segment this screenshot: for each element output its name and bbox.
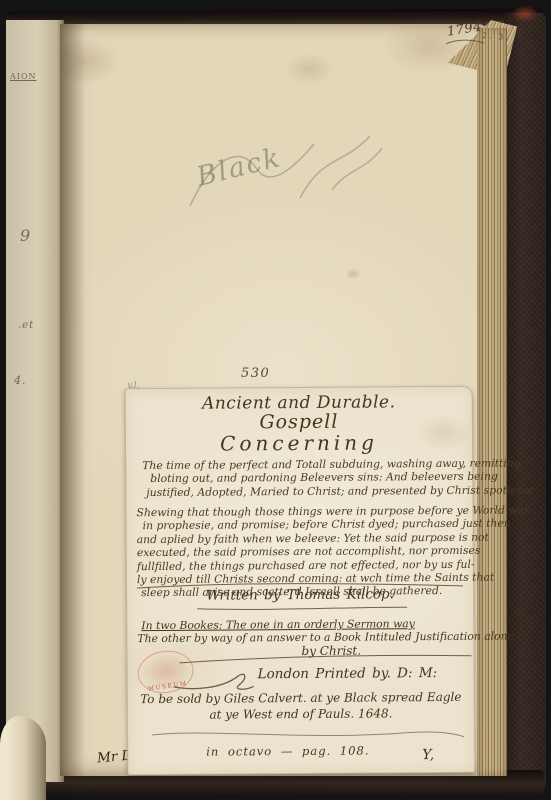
press-mark-note: Y, bbox=[422, 747, 434, 763]
page-number: 530 bbox=[241, 366, 270, 381]
manuscript-photo: AION 9 .et 4. 1794 2. 3. Black 530 y.l. … bbox=[0, 0, 551, 800]
pencil-scrawl: Black bbox=[182, 128, 392, 218]
leaf-text-fragment: .et bbox=[18, 320, 34, 331]
corner-date-flourish bbox=[444, 36, 486, 48]
manuscript-line: The other by way of an answer to a Book … bbox=[137, 630, 514, 646]
byline: Written by Thomas Kilcop. bbox=[127, 586, 473, 604]
leaf-text-fragment: AION bbox=[10, 72, 37, 81]
manuscript-line: justified, Adopted, Maried to Christ; an… bbox=[142, 483, 537, 499]
fore-edge-notes: 2. 3. bbox=[482, 31, 510, 42]
slip-paragraph-1: The time of the perfect and Totall subdu… bbox=[142, 456, 538, 499]
curled-leaf-corner bbox=[0, 716, 46, 800]
slip-title-line: Concerning bbox=[126, 430, 472, 456]
paper-stain bbox=[345, 268, 361, 280]
rule-line bbox=[195, 603, 409, 612]
book-cover-right-board bbox=[504, 13, 546, 789]
cover-corner-wear bbox=[512, 6, 538, 22]
seller-line: at ye West end of Pauls. 1648. bbox=[128, 705, 474, 723]
leaf-text-fragment: 4. bbox=[14, 374, 27, 387]
pasted-slip: Ancient and Durable. Gospell Concerning … bbox=[125, 386, 476, 775]
imprint-text: London Printed by. D: M: bbox=[258, 665, 438, 682]
rule-line bbox=[148, 725, 468, 743]
page-stack-fore-edge bbox=[477, 28, 507, 776]
format-note: in octavo — pag. 108. bbox=[206, 744, 369, 759]
gutter-shadow bbox=[60, 24, 86, 776]
previous-page-leaf: AION 9 .et 4. bbox=[6, 20, 64, 782]
leaf-text-fragment: 9 bbox=[20, 226, 31, 245]
